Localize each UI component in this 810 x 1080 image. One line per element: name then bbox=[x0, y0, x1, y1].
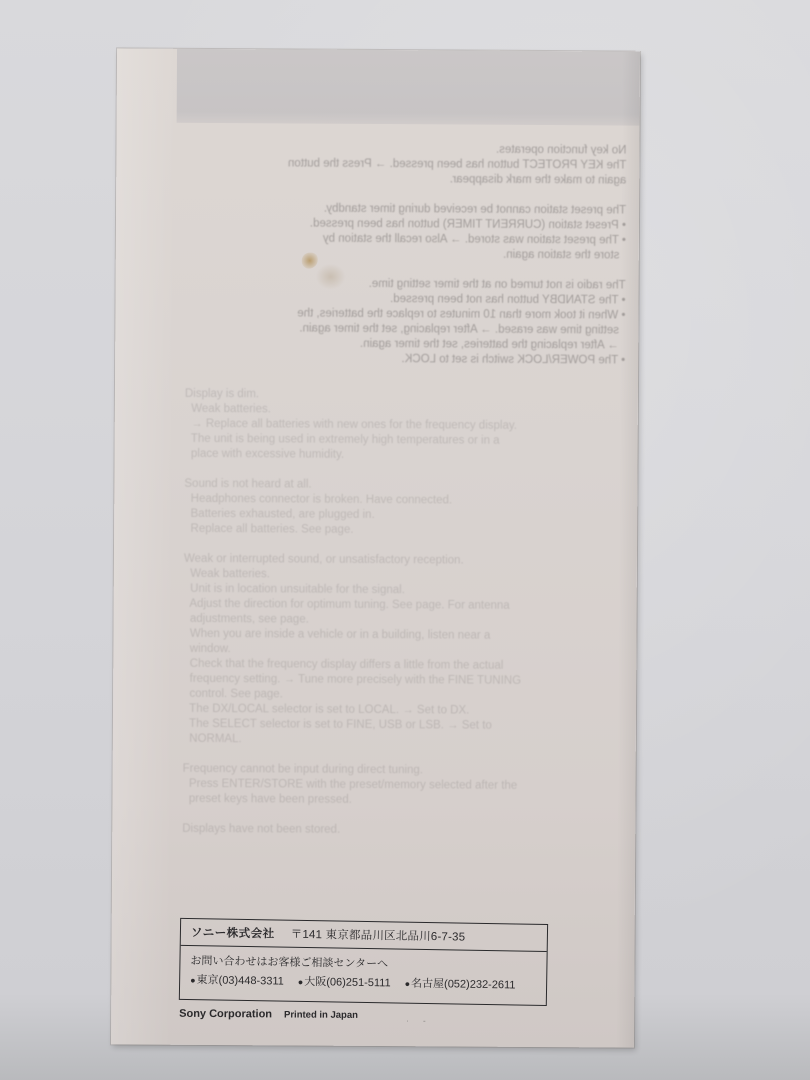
footer: Sony Corporation Printed in Japan bbox=[179, 1008, 358, 1021]
company-address: 〒141 東京都品川区北品川6-7-35 bbox=[291, 926, 466, 945]
bullet-icon: ● bbox=[405, 979, 411, 989]
stain-trail bbox=[316, 264, 346, 290]
faint-show-through-text: Display is dim. Weak batteries. → Replac… bbox=[182, 387, 625, 840]
paper-specks: · - bbox=[406, 1016, 432, 1025]
contact-info-box: ソニー株式会社 〒141 東京都品川区北品川6-7-35 お問い合わせはお客様ご… bbox=[179, 918, 548, 1006]
gray-header-band bbox=[177, 49, 640, 126]
mirrored-show-through-text: No key function operates. The KEY PROTEC… bbox=[185, 141, 626, 369]
phone-nagoya: ●名古屋(052)232-2611 bbox=[404, 974, 515, 996]
inquiry-row: お問い合わせはお客様ご相談センターへ ●東京(03)448-3311 ●大阪(0… bbox=[180, 946, 547, 996]
bullet-icon: ● bbox=[298, 977, 304, 987]
manual-back-cover: No key function operates. The KEY PROTEC… bbox=[111, 48, 640, 1047]
phone-tokyo: ●東京(03)448-3311 bbox=[190, 970, 284, 992]
phone-osaka: ●大阪(06)251-5111 bbox=[298, 972, 391, 994]
footer-company: Sony Corporation bbox=[179, 1008, 272, 1021]
company-name-jp: ソニー株式会社 bbox=[191, 924, 275, 941]
bullet-icon: ● bbox=[190, 975, 196, 985]
footer-printed-in: Printed in Japan bbox=[284, 1009, 358, 1020]
